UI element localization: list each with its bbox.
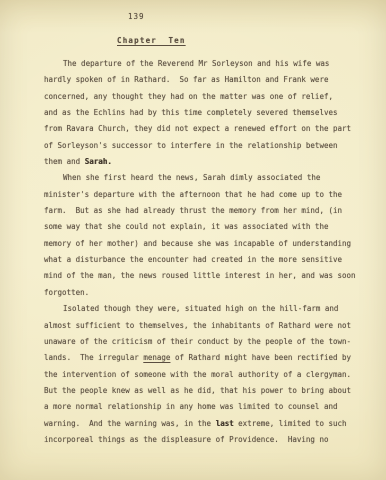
text-line: concerned, any thought they had on the m… — [44, 89, 362, 105]
text-line: unaware of the criticism of their conduc… — [44, 334, 362, 350]
text-segment: almost sufficient to themselves, the inh… — [44, 321, 351, 330]
overstruck-word: last — [216, 419, 234, 428]
text-segment: The departure of the Reverend Mr Sorleys… — [63, 59, 329, 68]
text-segment: farm. But as she had already thrust the … — [44, 206, 342, 215]
text-segment: memory of her mother) and because she wa… — [44, 239, 351, 248]
text-segment: the intervention of someone with the mor… — [44, 370, 351, 379]
text-segment: what a disturbance the encounter had cre… — [44, 255, 342, 264]
text-segment: hardly spoken of in Rathard. So far as H… — [44, 75, 328, 84]
text-segment: But the people knew as well as he did, t… — [44, 386, 351, 395]
body-lines: The departure of the Reverend Mr Sorleys… — [44, 56, 362, 448]
underlined-word: menage — [143, 353, 170, 362]
chapter-heading: Chapter Ten — [117, 36, 186, 45]
page-number: 139 — [128, 12, 145, 21]
text-line: of Sorleyson's successor to interfere in… — [44, 138, 362, 154]
text-line: warning. And the warning was, in the las… — [44, 416, 362, 432]
text-line: the intervention of someone with the mor… — [44, 367, 362, 383]
text-line: almost sufficient to themselves, the inh… — [44, 318, 362, 334]
text-line: Isolated though they were, situated high… — [44, 301, 362, 317]
text-line: and as the Echlins had by this time comp… — [44, 105, 362, 121]
text-segment: a more normal relationship in any home w… — [44, 402, 338, 411]
overstruck-word: Sarah. — [85, 157, 112, 166]
text-line: farm. But as she had already thrust the … — [44, 203, 362, 219]
text-line: a more normal relationship in any home w… — [44, 399, 362, 415]
text-line: The departure of the Reverend Mr Sorleys… — [44, 56, 362, 72]
text-line: lands. The irregular menage of Rathard m… — [44, 350, 362, 366]
text-line: some way that she could not explain, it … — [44, 219, 362, 235]
text-segment: lands. The irregular — [44, 353, 143, 362]
text-segment: extreme, limited to such — [234, 419, 347, 428]
text-line: what a disturbance the encounter had cre… — [44, 252, 362, 268]
text-line: minister's departure with the afternoon … — [44, 187, 362, 203]
text-line: them and Sarah. — [44, 154, 362, 170]
text-line: hardly spoken of in Rathard. So far as H… — [44, 72, 362, 88]
text-segment: of Sorleyson's successor to interfere in… — [44, 141, 338, 150]
text-segment: and as the Echlins had by this time comp… — [44, 108, 338, 117]
text-line: incorporeal things as the displeasure of… — [44, 432, 362, 448]
text-segment: unaware of the criticism of their conduc… — [44, 337, 351, 346]
text-line: forgotten. — [44, 285, 362, 301]
text-line: mind of the man, the news roused little … — [44, 268, 362, 284]
text-segment: When she first heard the news, Sarah dim… — [63, 173, 320, 182]
text-segment: mind of the man, the news roused little … — [44, 271, 356, 280]
text-segment: from Ravara Church, they did not expect … — [44, 124, 351, 133]
text-line: When she first heard the news, Sarah dim… — [44, 170, 362, 186]
text-segment: Isolated though they were, situated high… — [63, 304, 338, 313]
text-line: from Ravara Church, they did not expect … — [44, 121, 362, 137]
text-segment: them and — [44, 157, 85, 166]
text-segment: minister's departure with the afternoon … — [44, 190, 342, 199]
text-segment: forgotten. — [44, 288, 89, 297]
text-line: But the people knew as well as he did, t… — [44, 383, 362, 399]
text-segment: incorporeal things as the displeasure of… — [44, 435, 328, 444]
text-segment: concerned, any thought they had on the m… — [44, 92, 333, 101]
text-line: memory of her mother) and because she wa… — [44, 236, 362, 252]
text-segment: warning. And the warning was, in the — [44, 419, 216, 428]
text-segment: of Rathard might have been rectified by — [170, 353, 351, 362]
text-segment: some way that she could not explain, it … — [44, 222, 328, 231]
manuscript-page: 139 Chapter Ten The departure of the Rev… — [0, 0, 386, 480]
